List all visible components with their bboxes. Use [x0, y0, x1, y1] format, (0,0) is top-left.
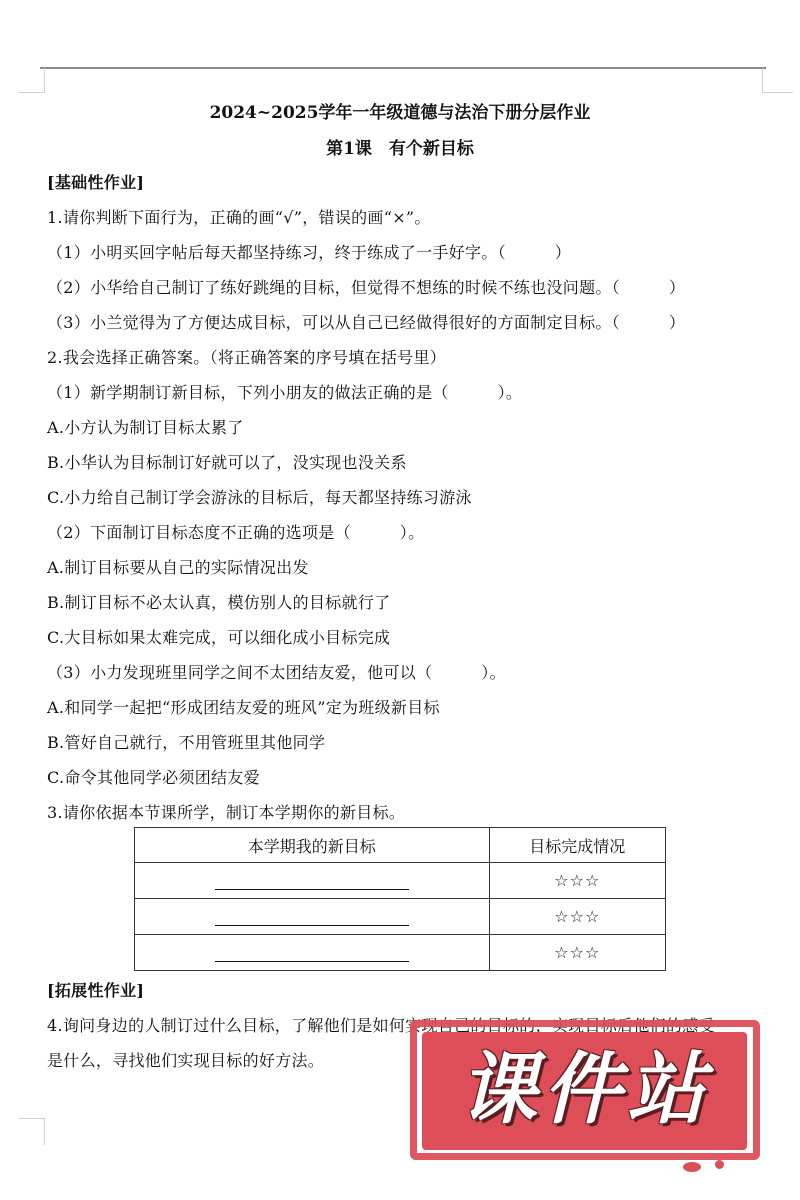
q1-prompt: 1.请你判断下面行为，正确的画“√”，错误的画“×”。 [47, 205, 431, 228]
q2-sub2-question: （2）下面制订目标态度不正确的选项是（ ）。 [47, 520, 424, 543]
q1-item-2: （2）小华给自己制订了练好跳绳的目标，但觉得不想练的时候不练也没问题。（ ） [47, 275, 685, 298]
q2-sub3-option-b: B.管好自己就行，不用管班里其他同学 [47, 730, 325, 753]
table-row: ☆☆☆ [135, 863, 666, 899]
q2-sub3-question: （3）小力发现班里同学之间不太团结友爱，他可以（ ）。 [47, 660, 506, 683]
q3-prompt: 3.请你依据本节课所学，制订本学期你的新目标。 [47, 800, 405, 823]
q1-item-3: （3）小兰觉得为了方便达成目标，可以从自己已经做得很好的方面制定目标。（ ） [47, 310, 685, 333]
table-row: ☆☆☆ [135, 935, 666, 971]
q4-line-2: 是什么，寻找他们实现目标的好方法。 [47, 1048, 324, 1071]
star-rating-1[interactable]: ☆☆☆ [489, 863, 665, 899]
goals-header-goal: 本学期我的新目标 [135, 828, 490, 863]
page-corner-mark-top-right [762, 68, 793, 93]
watermark-text: 课件站 [430, 1042, 740, 1138]
document-title: 2024~2025学年一年级道德与法治下册分层作业 [0, 98, 800, 123]
goals-header-status: 目标完成情况 [489, 828, 665, 863]
page-corner-mark-bottom-left [18, 1118, 45, 1145]
q2-sub1-question: （1）新学期制订新目标，下列小朋友的做法正确的是（ ）。 [47, 380, 522, 403]
q2-sub1-option-a: A.小方认为制订目标太累了 [47, 415, 244, 438]
goals-table-header: 本学期我的新目标 目标完成情况 [135, 828, 666, 863]
lesson-title: 第1课 有个新目标 [0, 134, 800, 159]
q2-sub3-option-c: C.命令其他同学必须团结友爱 [47, 765, 260, 788]
section-extended-heading: [拓展性作业] [47, 978, 144, 1001]
table-row: ☆☆☆ [135, 899, 666, 935]
header-rule [40, 67, 766, 69]
q2-sub1-option-b: B.小华认为目标制订好就可以了，没实现也没关系 [47, 450, 407, 473]
page-corner-mark-top-left [18, 68, 45, 93]
stamp-splatter [683, 1162, 701, 1172]
q2-sub2-option-a: A.制订目标要从自己的实际情况出发 [47, 555, 309, 578]
q2-sub2-option-c: C.大目标如果太难完成，可以细化成小目标完成 [47, 625, 390, 648]
q2-sub2-option-b: B.制订目标不必太认真，模仿别人的目标就行了 [47, 590, 390, 613]
watermark-stamp: 课件站 [410, 1020, 768, 1165]
q1-item-1: （1）小明买回字帖后每天都坚持练习，终于练成了一手好字。（ ） [47, 240, 571, 263]
stamp-splatter [715, 1160, 724, 1169]
star-rating-2[interactable]: ☆☆☆ [489, 899, 665, 935]
goals-table: 本学期我的新目标 目标完成情况 ☆☆☆ ☆☆☆ ☆☆☆ [134, 827, 666, 971]
star-rating-3[interactable]: ☆☆☆ [489, 935, 665, 971]
section-basic-heading: [基础性作业] [47, 170, 144, 193]
goal-blank-1[interactable] [135, 863, 490, 899]
q2-prompt: 2.我会选择正确答案。（将正确答案的序号填在括号里） [47, 345, 446, 368]
q2-sub1-option-c: C.小力给自己制订学会游泳的目标后，每天都坚持练习游泳 [47, 485, 472, 508]
q2-sub3-option-a: A.和同学一起把“形成团结友爱的班风”定为班级新目标 [47, 695, 440, 718]
goal-blank-2[interactable] [135, 899, 490, 935]
goal-blank-3[interactable] [135, 935, 490, 971]
